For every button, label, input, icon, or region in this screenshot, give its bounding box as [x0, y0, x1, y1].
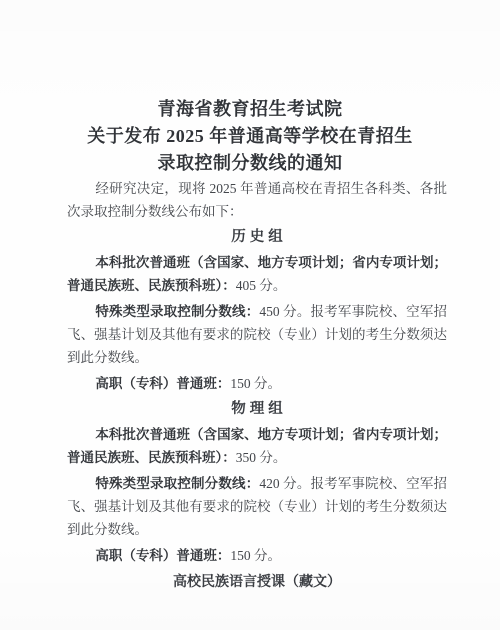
- score-paragraph-history-benke: 本科批次普通班（含国家、地方专项计划；省内专项计划；普通民族班、民族预科班）：4…: [67, 251, 447, 297]
- score-paragraph-physics-special: 特殊类型录取控制分数线：420 分。报考军事院校、空军招飞、强基计划及其他有要求…: [67, 472, 447, 541]
- score-paragraph-physics-gaozhi: 高职（专科）普通班：150 分。: [67, 544, 447, 567]
- document-title-line-2: 关于发布 2025 年普通高等学校在青招生: [0, 123, 500, 150]
- section-heading-tibetan-language: 高校民族语言授课（藏文）: [67, 570, 447, 593]
- document-page: 青海省教育招生考试院 关于发布 2025 年普通高等学校在青招生 录取控制分数线…: [0, 0, 500, 630]
- score-label: 特殊类型录取控制分数线：: [95, 304, 259, 319]
- section-heading-history: 历 史 组: [67, 226, 447, 249]
- score-label: 特殊类型录取控制分数线：: [95, 476, 259, 491]
- document-body: 经研究决定，现将 2025 年普通高校在青招生各科类、各批次录取控制分数线公布如…: [0, 177, 500, 593]
- intro-paragraph: 经研究决定，现将 2025 年普通高校在青招生各科类、各批次录取控制分数线公布如…: [67, 177, 447, 223]
- score-value: 150 分。: [230, 548, 281, 563]
- score-value: 405 分。: [236, 278, 287, 293]
- document-title: 青海省教育招生考试院 关于发布 2025 年普通高等学校在青招生 录取控制分数线…: [0, 0, 500, 177]
- document-title-line-3: 录取控制分数线的通知: [0, 150, 500, 177]
- score-value: 350 分。: [236, 450, 287, 465]
- score-value: 150 分。: [230, 376, 281, 391]
- section-heading-physics: 物 理 组: [67, 398, 447, 421]
- score-label: 高职（专科）普通班：: [95, 376, 230, 391]
- document-title-line-1: 青海省教育招生考试院: [0, 96, 500, 123]
- score-label: 高职（专科）普通班：: [95, 548, 230, 563]
- score-paragraph-history-gaozhi: 高职（专科）普通班：150 分。: [67, 372, 447, 395]
- score-paragraph-physics-benke: 本科批次普通班（含国家、地方专项计划；省内专项计划；普通民族班、民族预科班）：3…: [67, 423, 447, 469]
- score-paragraph-history-special: 特殊类型录取控制分数线：450 分。报考军事院校、空军招飞、强基计划及其他有要求…: [67, 300, 447, 369]
